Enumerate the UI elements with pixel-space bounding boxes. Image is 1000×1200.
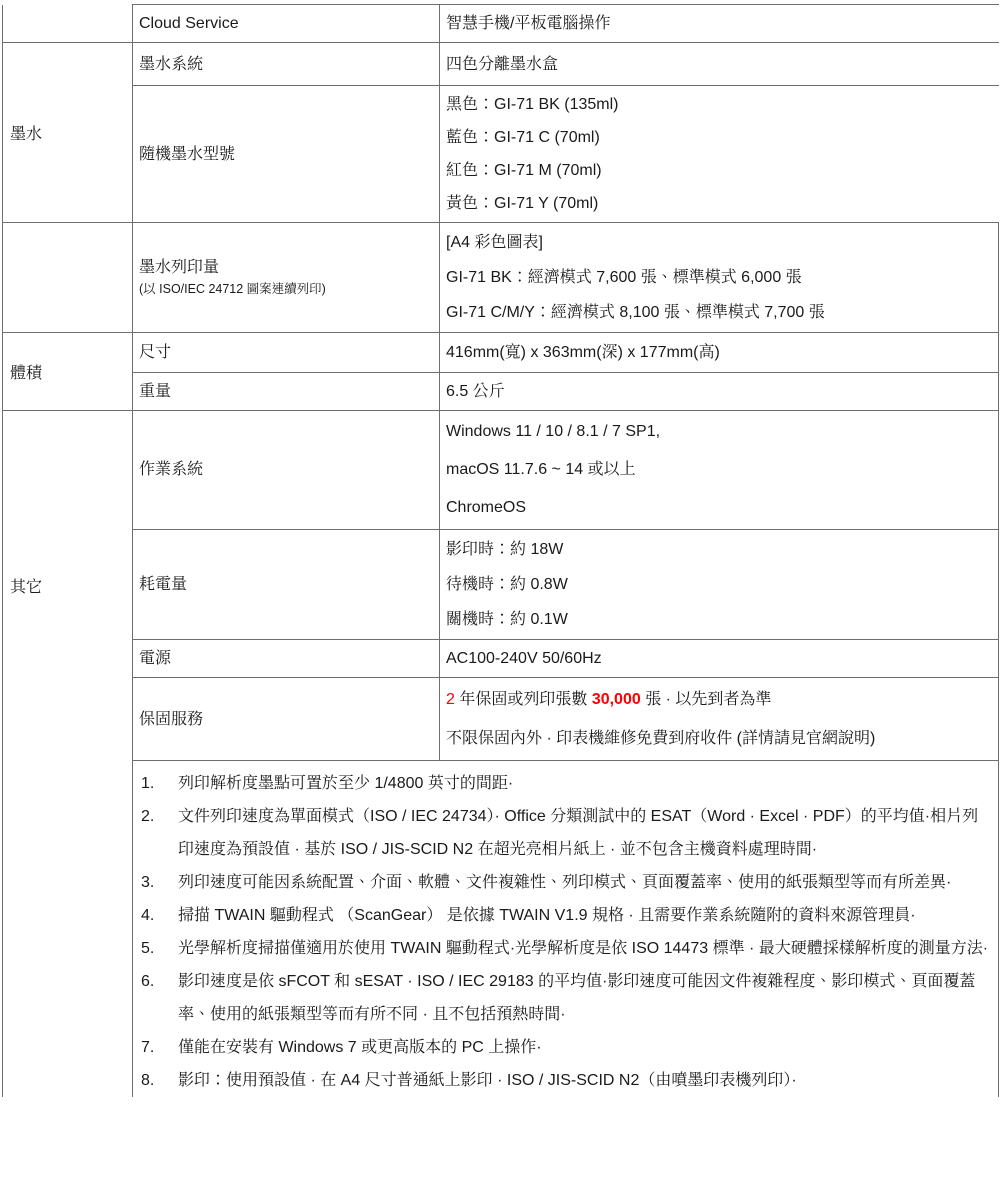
category-cell-empty-bottom [3,761,133,1098]
footnote-5: 5.光學解析度掃描僅適用於使用 TWAIN 驅動程式·光學解析度是依 ISO 1… [141,932,990,965]
table-row: 重量 6.5 公斤 [3,373,999,411]
iso-note: (以 ISO/IEC 24712 圖案連續列印) [139,279,435,299]
spec-label-weight: 重量 [133,373,440,411]
warranty-pages: 30,000 [592,691,641,708]
footnotes-cell: 1.列印解析度墨點可置於至少 1/4800 英寸的間距· 2.文件列印速度為單面… [133,761,999,1098]
category-other: 其它 [3,411,133,761]
spec-value-dimensions: 416mm(寬) x 363mm(深) x 177mm(高) [440,333,999,373]
os-macos: macOS 11.7.6 ~ 14 或以上 [446,451,994,489]
spec-label-ink-yield: 墨水列印量 (以 ISO/IEC 24712 圖案連續列印) [133,223,440,333]
category-volume: 體積 [3,333,133,411]
ink-magenta: 紅色：GI-71 M (70ml) [446,154,995,187]
table-row: Cloud Service 智慧手機/平板電腦操作 [3,5,999,43]
spec-value-ink-yield: [A4 彩色圖表] GI-71 BK：經濟模式 7,600 張、標準模式 6,0… [440,223,999,333]
footnote-4: 4.掃描 TWAIN 驅動程式 （ScanGear） 是依據 TWAIN V1.… [141,899,990,932]
spec-label-power-supply: 電源 [133,640,440,678]
power-standby: 待機時：約 0.8W [446,567,994,602]
table-row: 墨水列印量 (以 ISO/IEC 24712 圖案連續列印) [A4 彩色圖表]… [3,223,999,333]
spec-value-power-supply: AC100-240V 50/60Hz [440,640,999,678]
category-cell-empty [3,223,133,333]
table-row: 保固服務 2 年保固或列印張數 30,000 張 · 以先到者為準 不限保固內外… [3,678,999,761]
spec-value-ink-system: 四色分離墨水盒 [440,43,999,86]
spec-label-ink-system: 墨水系統 [133,43,440,86]
printer-spec-table: Cloud Service 智慧手機/平板電腦操作 墨水 墨水系統 四色分離墨水… [2,4,999,1097]
footnote-2: 2.文件列印速度為單面模式（ISO / IEC 24734）· Office 分… [141,800,990,866]
warranty-line-1: 2 年保固或列印張數 30,000 張 · 以先到者為準 [446,680,994,719]
os-chromeos: ChromeOS [446,489,994,527]
table-row: 體積 尺寸 416mm(寬) x 363mm(深) x 177mm(高) [3,333,999,373]
spec-value-ink-models: 黑色：GI-71 BK (135ml) 藍色：GI-71 C (70ml) 紅色… [440,86,999,223]
yield-bk: GI-71 BK：經濟模式 7,600 張、標準模式 6,000 張 [446,260,994,295]
footnote-8: 8.影印：使用預設值 · 在 A4 尺寸普通紙上影印 · ISO / JIS-S… [141,1064,990,1097]
spec-value-cloud-service: 智慧手機/平板電腦操作 [440,5,999,43]
footnote-7: 7.僅能在安裝有 Windows 7 或更高版本的 PC 上操作· [141,1031,990,1064]
spec-value-os: Windows 11 / 10 / 8.1 / 7 SP1, macOS 11.… [440,411,999,530]
yield-chart-type: [A4 彩色圖表] [446,225,994,260]
footnote-1: 1.列印解析度墨點可置於至少 1/4800 英寸的間距· [141,767,990,800]
os-windows: Windows 11 / 10 / 8.1 / 7 SP1, [446,413,994,451]
spec-label-power-consumption: 耗電量 [133,530,440,640]
spec-label-warranty: 保固服務 [133,678,440,761]
yield-cmy: GI-71 C/M/Y：經濟模式 8,100 張、標準模式 7,700 張 [446,295,994,330]
category-ink: 墨水 [3,43,133,223]
footnote-6: 6.影印速度是依 sFCOT 和 sESAT · ISO / IEC 29183… [141,965,990,1031]
warranty-line-2: 不限保固內外 · 印表機維修免費到府收件 (詳情請見官網說明) [446,719,994,758]
table-row: 其它 作業系統 Windows 11 / 10 / 8.1 / 7 SP1, m… [3,411,999,530]
ink-cyan: 藍色：GI-71 C (70ml) [446,121,995,154]
spec-value-power-consumption: 影印時：約 18W 待機時：約 0.8W 關機時：約 0.1W [440,530,999,640]
spec-value-warranty: 2 年保固或列印張數 30,000 張 · 以先到者為準 不限保固內外 · 印表… [440,678,999,761]
table-row: 1.列印解析度墨點可置於至少 1/4800 英寸的間距· 2.文件列印速度為單面… [3,761,999,1098]
spec-value-weight: 6.5 公斤 [440,373,999,411]
ink-yellow: 黃色：GI-71 Y (70ml) [446,187,995,220]
category-cell-cropped [3,5,133,43]
warranty-years: 2 [446,691,455,708]
table-row: 墨水 墨水系統 四色分離墨水盒 [3,43,999,86]
spec-label-os: 作業系統 [133,411,440,530]
footnote-3: 3.列印速度可能因系統配置、介面、軟體、文件複雜性、列印模式、頁面覆蓋率、使用的… [141,866,990,899]
power-off: 關機時：約 0.1W [446,602,994,637]
spec-label-ink-models: 隨機墨水型號 [133,86,440,223]
table-row: 隨機墨水型號 黑色：GI-71 BK (135ml) 藍色：GI-71 C (7… [3,86,999,223]
spec-label-dimensions: 尺寸 [133,333,440,373]
table-row: 電源 AC100-240V 50/60Hz [3,640,999,678]
table-row: 耗電量 影印時：約 18W 待機時：約 0.8W 關機時：約 0.1W [3,530,999,640]
spec-label-cloud-service: Cloud Service [133,5,440,43]
ink-black: 黑色：GI-71 BK (135ml) [446,88,995,121]
power-copying: 影印時：約 18W [446,532,994,567]
